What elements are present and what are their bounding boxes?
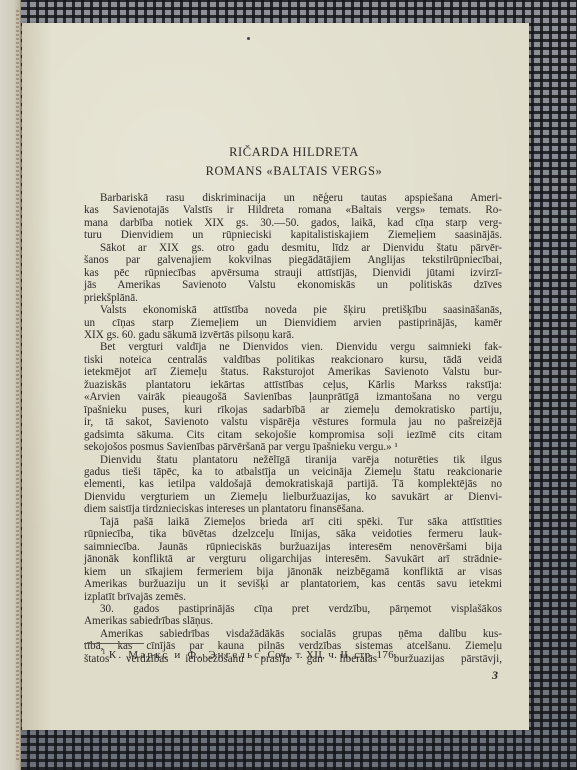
text-line: Barbariskā rasu diskriminacija un nēģeru… xyxy=(84,192,502,204)
text-line: izplatīt brīvajās zemēs. xyxy=(84,591,502,603)
chapter-title-author: RIČARDA HILDRETA xyxy=(84,145,504,160)
text-line: gadsimta sākuma. Cits citam sekojošie ko… xyxy=(84,429,502,441)
text-line: Bet vergturi valdīja ne Dienvidos vien. … xyxy=(84,341,502,353)
chapter-title-work: ROMANS «BALTAIS VERGS» xyxy=(84,164,504,179)
body-text: Barbariskā rasu diskriminacija un nēģeru… xyxy=(84,192,502,665)
book-page: RIČARDA HILDRETA ROMANS «BALTAIS VERGS» … xyxy=(22,23,529,730)
text-line: 30. gados pastiprinājās cīņa pret verdzī… xyxy=(84,603,502,615)
bookmark-ribbon xyxy=(16,10,19,760)
text-line: Sākot ar XIX gs. otro gadu desmitu, līdz… xyxy=(84,242,502,254)
text-line: Valsts ekonomiskā attīstība noveda pie š… xyxy=(84,304,502,316)
text-line: jānonāk konfliktā ar vergturu oligarchij… xyxy=(84,553,502,565)
text-line: ir, tā sakot, Savienoto valstu vispārēja… xyxy=(84,416,502,428)
page-number: 3 xyxy=(492,668,498,683)
text-line: diem saistīja tirdznieciskas intereses u… xyxy=(84,503,502,515)
text-line: kas Savienotajās Valstīs ir Hildreta rom… xyxy=(84,204,502,216)
previous-page-edge xyxy=(0,0,21,770)
text-line: kas pēc rūpniecības apvērsuma strauji at… xyxy=(84,267,502,279)
text-line: gadus tieši tāpēc, ka to atbalstīja un v… xyxy=(84,466,502,478)
text-line: priekšplānā. xyxy=(84,292,502,304)
text-line: Amerikas sabiedrības slāņus. xyxy=(84,615,502,627)
text-line: īpašnieku puses, kuri rīkojas sadarbībā … xyxy=(84,404,502,416)
footnote-marker: 1 xyxy=(102,648,106,656)
text-line: Tajā pašā laikā Ziemeļos brieda arī citi… xyxy=(84,516,502,528)
text-line: rūpniecība, tika būvētas dzelzceļu līnij… xyxy=(84,528,502,540)
text-line: jās Amerikas Savienoto Valstu ekonomiskā… xyxy=(84,279,502,291)
text-line: Dienvidu štatu plantatoru nežēlīgā tiran… xyxy=(84,454,502,466)
ink-speck xyxy=(247,37,250,40)
text-line: un cīņas starp Ziemeļiem un Dienvidiem a… xyxy=(84,317,502,329)
text-line: elementi, kas ietilpa valdošajā demokrat… xyxy=(84,478,502,490)
footnote-citation: , Соч., т. XII, ч. II, стр. 176. xyxy=(261,649,397,661)
text-line: sekojošos posmus Savienības pārvēršanā p… xyxy=(84,441,502,453)
text-line: šanos par galvenajiem kokvilnas piegādāt… xyxy=(84,254,502,266)
text-line: mana darbība notiek XIX gs. 30.—50. gado… xyxy=(84,217,502,229)
text-line: tiski noteica centralās valdības politik… xyxy=(84,354,502,366)
text-line: turu Dienvidiem un rūpnieciski kapitalis… xyxy=(84,229,502,241)
footnote-divider xyxy=(84,643,144,644)
text-line: XIX gs. 60. gadu sākumā izvērtās pilsoņu… xyxy=(84,329,502,341)
text-line: kiem un sīkajiem fermeriem bija jānonāk … xyxy=(84,566,502,578)
text-line: saimniecība. Jaunās rūpnieciskās buržuaz… xyxy=(84,541,502,553)
text-line: Amerikas buržuaziju un it sevišķi ar pla… xyxy=(84,578,502,590)
footnote: 1 К. Маркс и Ф. Энгельс, Соч., т. XII, ч… xyxy=(102,648,397,661)
text-line: ietekmējot arī Ziemeļu štatus. Raksturoj… xyxy=(84,366,502,378)
footnote-authors: К. Маркс и Ф. Энгельс xyxy=(109,649,262,661)
text-line: Amerikas sabiedrības visdažādākās social… xyxy=(84,628,502,640)
text-line: Dienvidu vergturiem un Ziemeļu lielburžu… xyxy=(84,491,502,503)
text-line: žuaziskās plantatoru iekārtas attīstības… xyxy=(84,379,502,391)
text-line: «Arvien vairāk pieaugošā Savienības ļaun… xyxy=(84,391,502,403)
